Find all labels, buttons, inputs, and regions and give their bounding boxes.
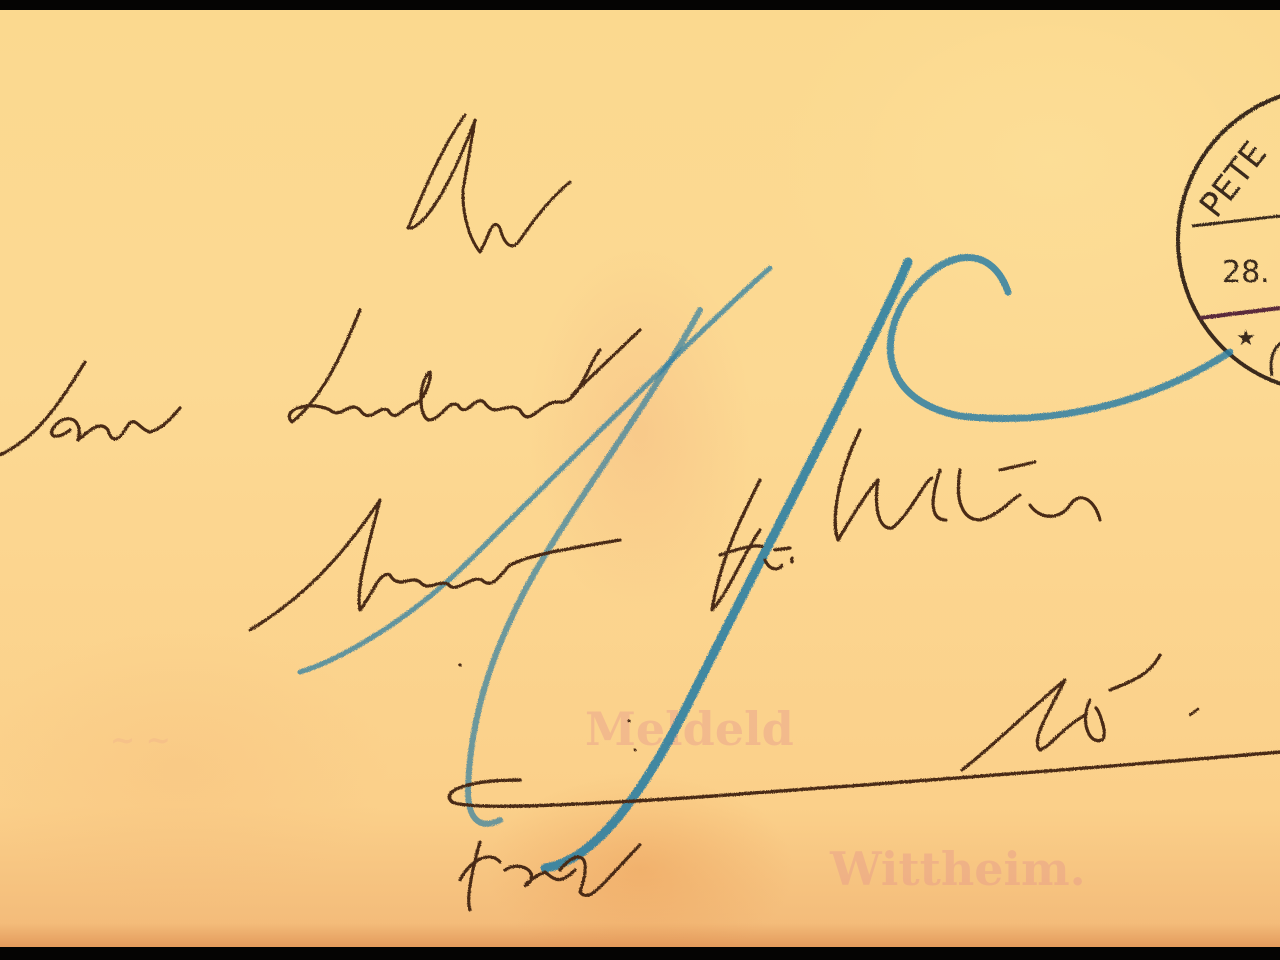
underline-flourish (449, 752, 1280, 806)
ink-dot (634, 749, 637, 752)
tick-mark (1190, 709, 1198, 715)
cachet-line-2: Wittheim. (829, 842, 1086, 896)
envelope-markings: Meldeld Wittheim. ~ ~ PETE 28. ★ (0, 0, 1280, 960)
ink-dot (627, 719, 630, 722)
word-den (0, 362, 180, 455)
postmark-bar-top (1192, 216, 1280, 226)
ink-dot (458, 663, 461, 666)
red-cachet: Meldeld Wittheim. ~ ~ (110, 702, 1086, 896)
word-witte (835, 430, 1100, 540)
postmark-inner-arc (1271, 342, 1280, 376)
bottom-black-border (0, 947, 1280, 960)
word-post (460, 842, 640, 910)
postmark-place: PETE (1192, 134, 1275, 225)
crayon-loop (890, 257, 1230, 418)
cachet-left-faint: ~ ~ (110, 723, 171, 758)
word-landrath (289, 310, 640, 422)
crayon-stroke-1-upper (300, 268, 770, 672)
number-15 (962, 655, 1160, 770)
word-an (408, 115, 570, 252)
postmark-outer-ring (1178, 88, 1280, 392)
word-fr (712, 480, 792, 610)
postmark-date: 28. (1222, 255, 1270, 290)
postmark-bar-bottom (1200, 308, 1280, 318)
postmark-star-icon: ★ (1236, 326, 1256, 351)
postmark-stamp: PETE 28. ★ (1178, 88, 1280, 392)
